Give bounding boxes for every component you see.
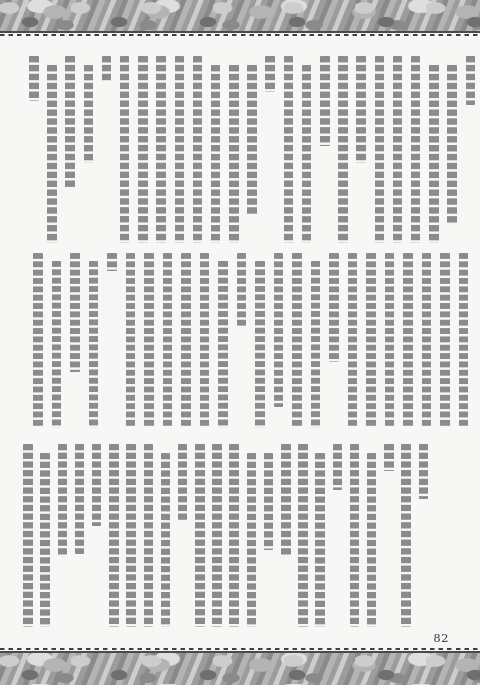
text-column-redacted [75, 444, 85, 554]
text-column-redacted [384, 444, 394, 471]
text-column-redacted [102, 56, 112, 82]
text-column-redacted [403, 253, 413, 428]
text-column-redacted [138, 56, 148, 243]
text-column-redacted [211, 65, 221, 243]
text-column-redacted [40, 453, 50, 627]
text-column-redacted [367, 453, 377, 627]
text-column-redacted [229, 65, 239, 243]
text-column-redacted [144, 444, 154, 627]
text-column-redacted [264, 453, 274, 550]
text-column-redacted [401, 444, 411, 627]
text-row-2 [24, 253, 468, 428]
text-column-redacted [181, 253, 191, 428]
decorative-border-bottom [0, 651, 480, 685]
text-column-redacted [92, 444, 102, 526]
text-column-redacted [315, 453, 325, 627]
text-column-redacted [200, 253, 210, 428]
text-column-redacted [109, 444, 119, 627]
decorative-border-top [0, 0, 480, 33]
text-column-redacted [459, 253, 469, 428]
text-column-redacted [195, 444, 205, 627]
text-column-redacted [311, 261, 321, 428]
text-column-redacted [422, 253, 432, 428]
text-column-redacted [385, 253, 395, 428]
text-column-redacted [447, 65, 457, 224]
text-column-redacted [126, 444, 136, 627]
text-column-redacted [411, 56, 421, 243]
text-column-redacted [107, 253, 117, 271]
text-column-redacted [348, 253, 358, 428]
text-column-redacted [29, 56, 39, 101]
text-row-3 [16, 444, 429, 627]
book-page: 82 [0, 0, 480, 685]
text-column-redacted [144, 253, 154, 428]
text-column-redacted [292, 253, 302, 428]
text-column-redacted [193, 56, 203, 243]
text-column-redacted [247, 453, 257, 627]
text-column-redacted [70, 253, 80, 372]
text-column-redacted [274, 253, 284, 407]
text-column-redacted [156, 56, 166, 243]
text-column-redacted [247, 65, 257, 215]
text-column-redacted [126, 253, 136, 428]
page-number: 82 [433, 631, 449, 645]
text-column-redacted [466, 56, 476, 105]
text-column-redacted [338, 56, 348, 243]
text-column-redacted [163, 253, 173, 428]
text-column-redacted [23, 444, 33, 627]
text-column-redacted [350, 444, 360, 627]
text-column-redacted [419, 444, 429, 499]
text-column-redacted [84, 65, 94, 163]
text-column-redacted [375, 56, 385, 243]
text-column-redacted [89, 261, 99, 428]
text-column-redacted [333, 444, 343, 490]
text-column-redacted [284, 56, 294, 243]
text-column-redacted [47, 65, 57, 243]
text-column-redacted [52, 261, 62, 428]
text-column-redacted [440, 253, 450, 428]
text-column-redacted [229, 444, 239, 627]
text-column-redacted [237, 253, 247, 328]
text-column-redacted [320, 56, 330, 146]
text-column-redacted [212, 444, 222, 627]
text-column-redacted [65, 56, 75, 189]
text-column-redacted [161, 453, 171, 627]
bottom-dashed-rule [0, 648, 480, 650]
text-column-redacted [218, 261, 228, 428]
text-column-redacted [175, 56, 185, 243]
text-column-redacted [393, 56, 403, 243]
text-column-redacted [58, 444, 68, 557]
text-column-redacted [298, 444, 308, 627]
text-column-redacted [356, 56, 366, 163]
text-column-redacted [302, 65, 312, 243]
text-column-redacted [366, 253, 376, 428]
text-column-redacted [255, 261, 265, 428]
text-column-redacted [265, 56, 275, 92]
text-row-1 [20, 56, 475, 243]
text-column-redacted [33, 253, 43, 428]
text-column-redacted [178, 444, 188, 521]
text-column-redacted [120, 56, 130, 243]
top-dashed-rule [0, 34, 480, 36]
text-column-redacted [429, 65, 439, 243]
text-column-redacted [329, 253, 339, 362]
text-column-redacted [281, 444, 291, 557]
